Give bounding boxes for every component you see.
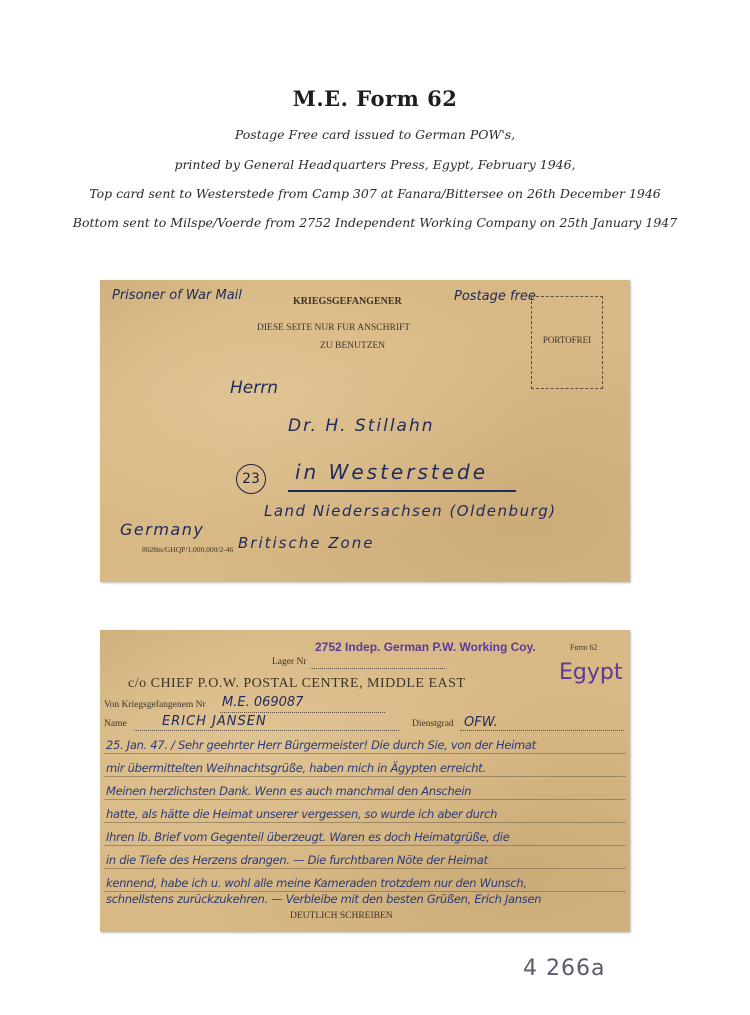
pow-rank: OFW. (464, 715, 498, 730)
ruled-line (104, 822, 626, 823)
portofrei-label: PORTOFREI (532, 335, 602, 345)
letter-line: 25. Jan. 47. / Sehr geehrter Herr Bürger… (106, 738, 536, 752)
rank-field (460, 730, 624, 731)
top-postcard: Prisoner of War Mail KRIEGSGEFANGENER Po… (100, 280, 630, 582)
postal-zone-circle: 23 (236, 464, 266, 494)
description-line-4: Bottom sent to Milspe/Voerde from 2752 I… (0, 215, 750, 230)
page-title: M.E. Form 62 (0, 86, 750, 111)
stamp-box: PORTOFREI (531, 296, 603, 389)
description-line-1: Postage Free card issued to German POW's… (0, 127, 750, 142)
address-instruction-line-2: ZU BENUTZEN (320, 341, 385, 351)
camp-number-field (310, 668, 445, 669)
write-clearly-footer: DEUTLICH SCHREIBEN (290, 911, 393, 921)
pow-number-label: Von Kriegsgefangenem Nr (104, 700, 206, 710)
ruled-line (104, 845, 626, 846)
name-label: Name (104, 719, 127, 729)
recipient-country: Germany (120, 520, 204, 539)
pow-number-field (220, 712, 385, 713)
letter-line: kennend, habe ich u. wohl alle meine Kam… (106, 876, 527, 890)
address-instruction-line-1: DIESE SEITE NUR FUR ANSCHRIFT (257, 323, 410, 333)
form-number: Form 62 (570, 643, 597, 652)
camp-number-label: Lager Nr (272, 657, 307, 667)
ruled-line (104, 753, 626, 754)
recipient-name: Dr. H. Stillahn (288, 416, 435, 436)
description-line-3: Top card sent to Westerstede from Camp 3… (0, 186, 750, 201)
letter-line: in die Tiefe des Herzens drangen. — Die … (106, 853, 488, 867)
letter-line: Meinen herzlichsten Dank. Wenn es auch m… (106, 784, 471, 798)
recipient-region: Land Niedersachsen (Oldenburg) (264, 502, 557, 520)
town-underline (288, 490, 516, 492)
ruled-line (104, 799, 626, 800)
salutation: Herrn (230, 378, 278, 398)
description-line-2: printed by General Headquarters Press, E… (0, 157, 750, 172)
recipient-town: in Westerstede (295, 460, 488, 484)
unit-stamp: 2752 Indep. German P.W. Working Coy. (315, 640, 536, 654)
rank-label: Dienstgrad (412, 719, 454, 729)
letter-line: schnellstens zurückzukehren. — Verbleibe… (106, 892, 541, 906)
name-field (134, 730, 399, 731)
ruled-line (104, 776, 626, 777)
pow-number: M.E. 069087 (222, 695, 303, 710)
egypt-stamp: Egypt (559, 660, 622, 685)
printer-imprint: 8028m/GHQP/1,000,000/2-46 (142, 545, 233, 554)
ruled-line (104, 868, 626, 869)
postage-free-note: Postage free (454, 289, 536, 304)
pow-name: ERICH JANSEN (162, 714, 267, 729)
letter-line: mir übermittelten Weihnachtsgrüße, haben… (106, 761, 486, 775)
kriegsgefangener-heading: KRIEGSGEFANGENER (293, 296, 402, 307)
bottom-postcard: 2752 Indep. German P.W. Working Coy. For… (100, 630, 630, 932)
letter-line: hatte, als hätte die Heimat unserer verg… (106, 807, 497, 821)
prisoner-of-war-mail-note: Prisoner of War Mail (112, 288, 242, 303)
letter-line: Ihren lb. Brief vom Gegenteil überzeugt.… (106, 830, 509, 844)
recipient-zone: Britische Zone (238, 534, 374, 552)
postal-centre-address: c/o CHIEF P.O.W. POSTAL CENTRE, MIDDLE E… (128, 676, 465, 692)
catalog-number: 4 266a (523, 956, 605, 981)
